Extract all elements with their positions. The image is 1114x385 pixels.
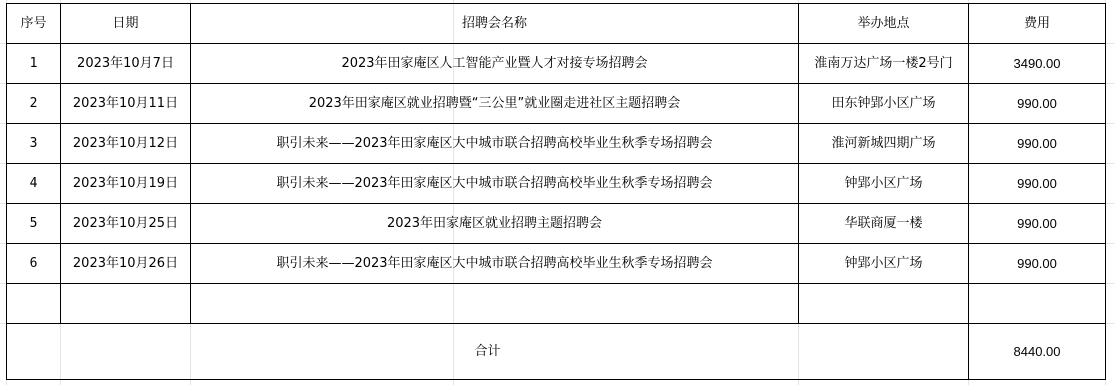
cell-index[interactable]: 3 xyxy=(7,124,61,164)
cell-cost[interactable]: 990.00 xyxy=(969,164,1106,204)
cell-date[interactable]: 2023年10月11日 xyxy=(61,84,191,124)
cell-cost[interactable]: 3490.00 xyxy=(969,44,1106,84)
cell-cost[interactable]: 990.00 xyxy=(969,124,1106,164)
cell-date[interactable]: 2023年10月12日 xyxy=(61,124,191,164)
table-row: 6 2023年10月26日 职引未来——2023年田家庵区大中城市联合招聘高校毕… xyxy=(7,244,1106,284)
cell-location[interactable]: 淮南万达广场一楼2号门 xyxy=(799,44,969,84)
cell-name[interactable]: 职引未来——2023年田家庵区大中城市联合招聘高校毕业生秋季专场招聘会 xyxy=(191,164,799,204)
table-row: 3 2023年10月12日 职引未来——2023年田家庵区大中城市联合招聘高校毕… xyxy=(7,124,1106,164)
total-label[interactable]: 合计 xyxy=(7,324,969,380)
header-date[interactable]: 日期 xyxy=(61,4,191,44)
cell-name[interactable]: 职引未来——2023年田家庵区大中城市联合招聘高校毕业生秋季专场招聘会 xyxy=(191,124,799,164)
cell-cost[interactable] xyxy=(969,284,1106,324)
table-row: 2 2023年10月11日 2023年田家庵区就业招聘暨“三公里”就业圈走进社区… xyxy=(7,84,1106,124)
header-name[interactable]: 招聘会名称 xyxy=(191,4,799,44)
cell-date[interactable]: 2023年10月25日 xyxy=(61,204,191,244)
cell-location[interactable]: 田东钟郢小区广场 xyxy=(799,84,969,124)
cell-location[interactable]: 钟郢小区广场 xyxy=(799,244,969,284)
cell-date[interactable]: 2023年10月26日 xyxy=(61,244,191,284)
table-row: 4 2023年10月19日 职引未来——2023年田家庵区大中城市联合招聘高校毕… xyxy=(7,164,1106,204)
cell-date[interactable]: 2023年10月19日 xyxy=(61,164,191,204)
total-value[interactable]: 8440.00 xyxy=(969,324,1106,380)
cell-index[interactable] xyxy=(7,284,61,324)
header-row: 序号 日期 招聘会名称 举办地点 费用 xyxy=(7,4,1106,44)
header-cost[interactable]: 费用 xyxy=(969,4,1106,44)
cell-name[interactable]: 2023年田家庵区就业招聘主题招聘会 xyxy=(191,204,799,244)
cell-index[interactable]: 4 xyxy=(7,164,61,204)
total-row: 合计 8440.00 xyxy=(7,324,1106,380)
cell-index[interactable]: 2 xyxy=(7,84,61,124)
cell-name[interactable]: 职引未来——2023年田家庵区大中城市联合招聘高校毕业生秋季专场招聘会 xyxy=(191,244,799,284)
header-index[interactable]: 序号 xyxy=(7,4,61,44)
cell-location[interactable]: 华联商厦一楼 xyxy=(799,204,969,244)
cell-date[interactable]: 2023年10月7日 xyxy=(61,44,191,84)
table-row-empty xyxy=(7,284,1106,324)
header-location[interactable]: 举办地点 xyxy=(799,4,969,44)
cell-index[interactable]: 1 xyxy=(7,44,61,84)
cell-index[interactable]: 5 xyxy=(7,204,61,244)
cell-date[interactable] xyxy=(61,284,191,324)
cell-location[interactable]: 钟郢小区广场 xyxy=(799,164,969,204)
cell-name[interactable]: 2023年田家庵区人工智能产业暨人才对接专场招聘会 xyxy=(191,44,799,84)
cell-name[interactable] xyxy=(191,284,799,324)
cell-cost[interactable]: 990.00 xyxy=(969,84,1106,124)
cell-cost[interactable]: 990.00 xyxy=(969,244,1106,284)
cell-name[interactable]: 2023年田家庵区就业招聘暨“三公里”就业圈走进社区主题招聘会 xyxy=(191,84,799,124)
table-row: 5 2023年10月25日 2023年田家庵区就业招聘主题招聘会 华联商厦一楼 … xyxy=(7,204,1106,244)
table-row: 1 2023年10月7日 2023年田家庵区人工智能产业暨人才对接专场招聘会 淮… xyxy=(7,44,1106,84)
cell-index[interactable]: 6 xyxy=(7,244,61,284)
cell-location[interactable] xyxy=(799,284,969,324)
cell-cost[interactable]: 990.00 xyxy=(969,204,1106,244)
job-fair-cost-table: 序号 日期 招聘会名称 举办地点 费用 1 2023年10月7日 2023年田家… xyxy=(6,3,1106,380)
cell-location[interactable]: 淮河新城四期广场 xyxy=(799,124,969,164)
